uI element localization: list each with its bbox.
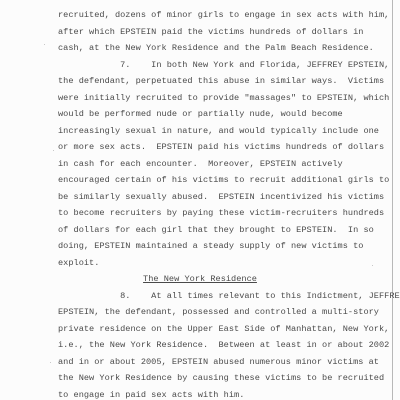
page-edge-divider — [392, 0, 393, 400]
scan-speck — [372, 265, 373, 266]
scan-speck — [53, 150, 54, 151]
section-heading-text: The New York Residence — [143, 274, 257, 284]
scan-speck — [44, 44, 45, 45]
text-line: EPSTEIN, the defendant, possessed and co… — [58, 307, 379, 317]
text-line: cash, at the New York Residence and the … — [58, 43, 374, 53]
text-line: exploit. — [58, 258, 99, 268]
text-line: the defendant, perpetuated this abuse in… — [58, 76, 384, 86]
text-line: were initially recruited to provide "mas… — [58, 93, 389, 103]
text-line: in cash for each encounter. Moreover, EP… — [58, 159, 343, 169]
text-line: to engage in paid sex acts with him. — [58, 390, 244, 400]
text-line: be similarly sexually abused. EPSTEIN in… — [58, 192, 384, 202]
text-line: after which EPSTEIN paid the victims hun… — [58, 27, 363, 37]
text-line: doing, EPSTEIN maintained a steady suppl… — [58, 241, 363, 251]
text-line: increasingly sexual in nature, and would… — [58, 126, 379, 136]
text-line: i.e., the New York Residence. Between at… — [58, 340, 389, 350]
scan-speck — [50, 362, 51, 363]
text-line: private residence on the Upper East Side… — [58, 324, 389, 334]
text-line: and in or about 2005, EPSTEIN abused num… — [58, 357, 379, 367]
text-line: would be performed nude or partially nud… — [58, 109, 343, 119]
text-line: the New York Residence by causing these … — [58, 373, 384, 383]
text-line: of dollars for each girl that they broug… — [58, 225, 374, 235]
scan-speck — [360, 80, 361, 81]
text-line: recruited, dozens of minor girls to enga… — [58, 10, 389, 20]
text-line: or more sex acts. EPSTEIN paid his victi… — [58, 142, 384, 152]
text-line: to become recruiters by paying these vic… — [58, 208, 384, 218]
document-page: recruited, dozens of minor girls to enga… — [0, 0, 400, 400]
text-line: encouraged certain of his victims to rec… — [58, 175, 389, 185]
paragraph-8-start: 8. At all times relevant to this Indictm… — [58, 291, 400, 301]
section-heading: The New York Residence — [0, 274, 400, 284]
paragraph-7-start: 7. In both New York and Florida, JEFFREY… — [58, 60, 389, 70]
